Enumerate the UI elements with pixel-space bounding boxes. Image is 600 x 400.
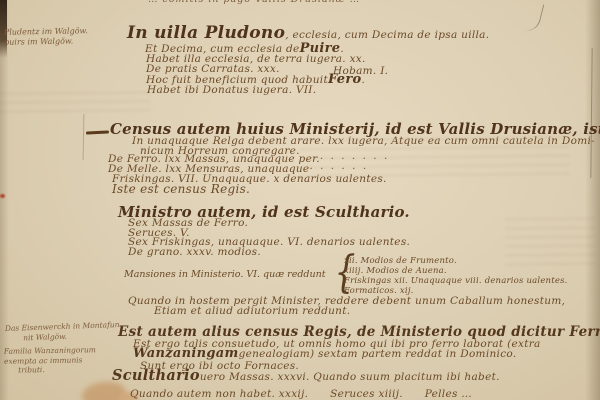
text-line: De grano. xxxv. modios. xyxy=(128,247,261,258)
brace-item: xiiij. Modios de Auena. xyxy=(344,267,447,276)
margin-note-line: exempta ac immunis xyxy=(4,355,96,366)
text-run: . xyxy=(361,75,365,86)
brace-item: xii. Modios de Frumento. xyxy=(344,257,457,266)
mansiones-label: Mansiones in Ministerio. VI. quæ reddunt xyxy=(124,269,326,280)
text-run-display: Wanzaningam xyxy=(133,348,239,359)
section-pludono-heading: In uilla Pludono , ecclesia, cum Decima … xyxy=(127,23,489,43)
paragraph-dash-mark xyxy=(86,130,109,134)
text-line: Etiam et aliud adiutorium reddunt. xyxy=(154,306,350,317)
text-run: genealogiam) sextam partem reddat in Dom… xyxy=(239,349,517,360)
margin-note-familia: Familia Wanzaningorum exempta ac immunis… xyxy=(4,345,96,375)
margin-note-line: Pludentz im Walgöw. xyxy=(4,26,88,37)
margin-note-line: tributi. xyxy=(4,364,96,375)
parchment-crease xyxy=(83,114,85,160)
margin-note-eisenwerk: Das Eisenwerckh in Montafun nit Walgöw. xyxy=(5,320,120,343)
margin-note-line: puirs im Walgöw. xyxy=(4,36,88,47)
heading-display-word: In uilla Pludono xyxy=(127,23,285,43)
brace-item: Friskingas xii. Unaquaque viii. denarios… xyxy=(344,277,568,286)
text-line-cropped: Quando autem non habet. xxxij. Seruces x… xyxy=(130,389,472,400)
text-line: Habet ibi Donatus iugera. VII. xyxy=(147,85,316,96)
text-line: Iste est census Regis. xyxy=(112,184,250,195)
text-run-display: Fero xyxy=(328,74,362,85)
red-wax-speck xyxy=(0,194,5,198)
manuscript-page: … comitis in pago Vallis Drusianæ … Plud… xyxy=(0,0,600,400)
showthrough-text-ghost xyxy=(0,91,150,117)
text-line: Wanzaningam genealogiam) sextam partem r… xyxy=(133,348,516,360)
running-header-partial: … comitis in pago Vallis Drusianæ … xyxy=(148,0,360,5)
stray-pen-stroke xyxy=(521,0,545,33)
text-run-display: Sculthario xyxy=(112,370,200,381)
heading-continuation: , ecclesia, cum Decima de ipsa uilla. xyxy=(285,30,489,41)
text-run: uero Massas. xxxvi. Quando suum placitum… xyxy=(200,372,500,383)
margin-note-pludentz: Pludentz im Walgöw. puirs im Walgöw. xyxy=(4,26,88,46)
text-line: Sculthario uero Massas. xxxvi. Quando su… xyxy=(112,370,500,383)
showthrough-text-ghost xyxy=(505,218,595,267)
